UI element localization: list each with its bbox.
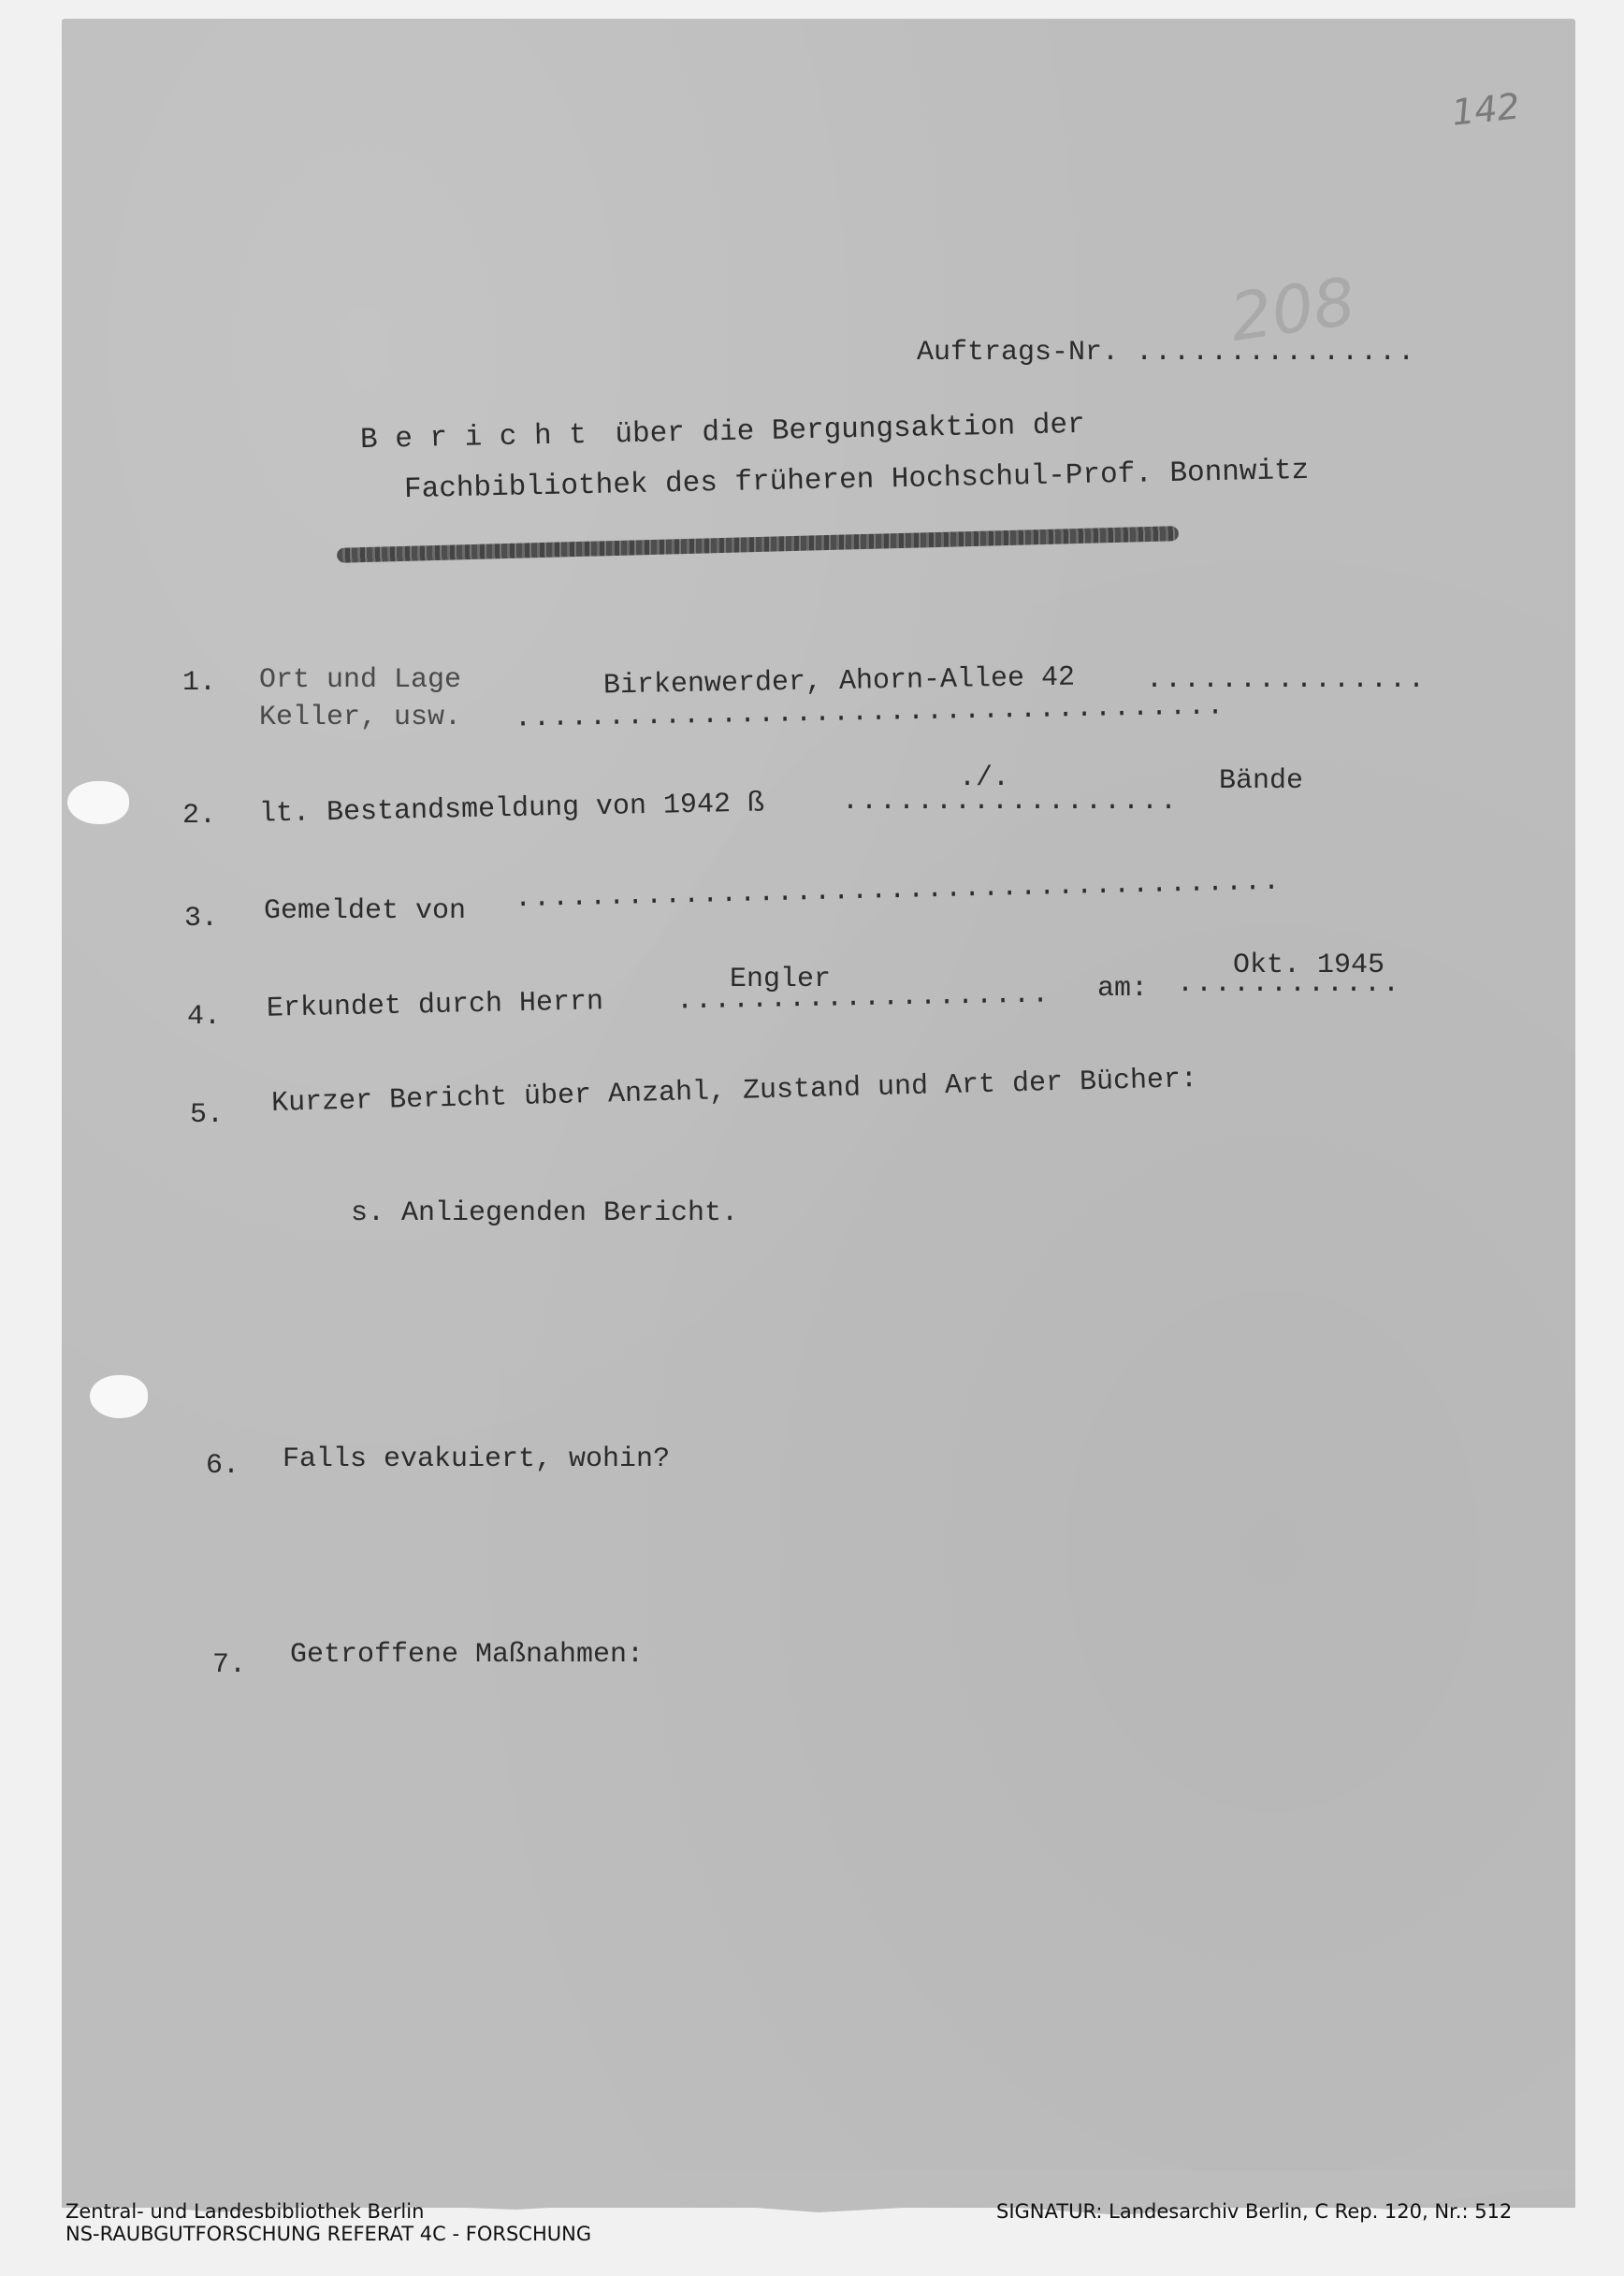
- item-5-value: s. Anliegenden Bericht.: [351, 1197, 738, 1229]
- footer-library: Zentral- und Landesbibliothek Berlin: [65, 2200, 591, 2223]
- item-5-number: 5.: [190, 1099, 224, 1131]
- footer-signatur: SIGNATUR: Landesarchiv Berlin, C Rep. 12…: [996, 2200, 1512, 2223]
- item-4-number: 4.: [187, 1001, 221, 1033]
- item-1-label-line1: Ort und Lage: [259, 664, 461, 696]
- item-4-date-dots: ............: [1177, 968, 1401, 1000]
- punch-hole-bottom: [90, 1375, 148, 1418]
- item-6-number: 6.: [206, 1450, 239, 1482]
- item-3-label: Gemeldet von: [264, 895, 466, 927]
- auftrags-dots: ...............: [1136, 337, 1416, 369]
- auftrags-label: Auftrags-Nr.: [917, 337, 1119, 369]
- item-3-number: 3.: [184, 903, 218, 935]
- title-bericht: B e r i c h t: [360, 419, 587, 457]
- footer-left: Zentral- und Landesbibliothek Berlin NS-…: [65, 2200, 591, 2245]
- item-4-dots: ....................: [676, 979, 1051, 1018]
- item-2-suffix: Bände: [1219, 765, 1303, 797]
- auftrags-nr-label: Auftrags-Nr. ...............: [917, 337, 1416, 369]
- footer-department: NS-RAUBGUTFORSCHUNG REFERAT 4C - FORSCHU…: [65, 2223, 591, 2245]
- item-1-label-line2: Keller, usw.: [259, 702, 461, 733]
- item-4-date-label: am:: [1097, 973, 1148, 1005]
- item-2-number: 2.: [182, 800, 216, 832]
- punch-hole-top: [67, 781, 129, 824]
- item-6-label: Falls evakuiert, wohin?: [283, 1443, 670, 1475]
- folio-number: 142: [1450, 85, 1522, 133]
- item-2-dots: ..................: [842, 786, 1179, 818]
- item-7-label: Getroffene Maßnahmen:: [290, 1639, 644, 1671]
- item-7-number: 7.: [212, 1649, 246, 1681]
- item-1-number: 1.: [182, 667, 216, 699]
